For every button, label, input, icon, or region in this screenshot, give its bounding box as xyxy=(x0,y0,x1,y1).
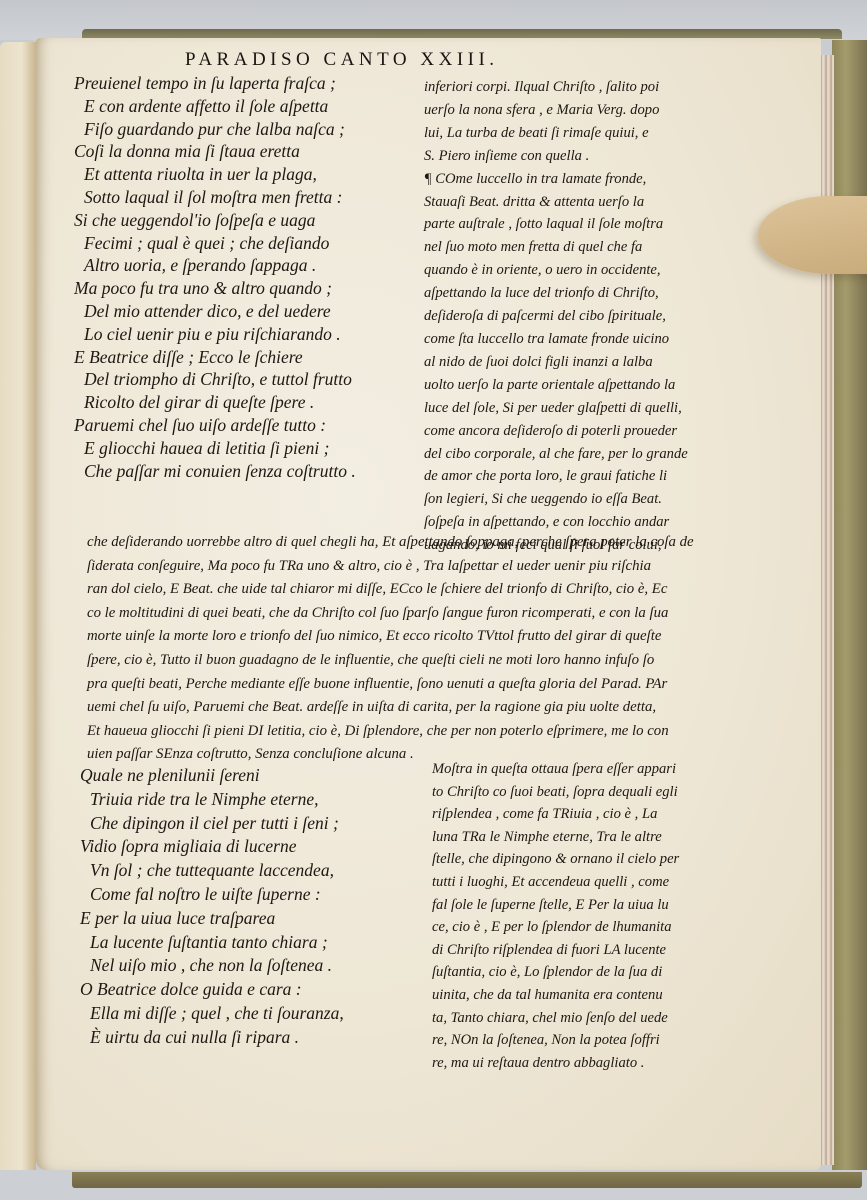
commentary-line: lui, La turba de beati ſi rimaſe quiui, … xyxy=(424,122,688,145)
verse-line: Ricolto del girar di queſte ſpere . xyxy=(74,391,356,414)
commentary-line: quando è in oriente, o uero in occidente… xyxy=(424,259,688,282)
verse-line: E Beatrice diſſe ; Ecco le ſchiere xyxy=(74,346,356,369)
commentary-line: deſideroſa di paſcermi del cibo ſpiritua… xyxy=(424,305,688,328)
commentary-line: ſuſtantia, cio è, Lo ſplendor de la ſua … xyxy=(432,961,679,984)
commentary-line: Et haueua gliocchi ſi pieni DI letitia, … xyxy=(87,720,787,744)
verse-line: Altro uoria, e ſperando ſappaga . xyxy=(74,254,356,277)
commentary-line: to Chriſto co ſuoi beati, ſopra dequali … xyxy=(432,781,679,804)
commentary-block-wide: che deſiderando uorrebbe altro di quel c… xyxy=(87,531,787,767)
commentary-line: uerſo la nona sfera , e Maria Verg. dopo xyxy=(424,99,688,122)
verse-line: Preuienel tempo in ſu laperta fraſca ; xyxy=(74,72,356,95)
commentary-line: aſpettando la luce del trionfo di Chriſt… xyxy=(424,282,688,305)
verse-line: Ella mi diſſe ; quel , che ti ſouranza, xyxy=(80,1002,344,1026)
commentary-line: re, NOn la ſoſtenea, Non la potea ſoffri xyxy=(432,1029,679,1052)
verse-line: La lucente ſuſtantia tanto chiara ; xyxy=(80,931,344,955)
commentary-line: come ſta luccello tra lamate fronde uici… xyxy=(424,328,688,351)
commentary-block-bottom: Moſtra in queſta ottaua ſpera eſſer appa… xyxy=(432,758,679,1074)
commentary-line: luce del ſole, Si per ueder glaſpetti di… xyxy=(424,397,688,420)
commentary-line: di Chriſto riſplendea di fuori LA lucent… xyxy=(432,939,679,962)
commentary-line: ta, Tanto chiara, chel mio ſenſo del ued… xyxy=(432,1007,679,1030)
commentary-line: riſplendea , come fa TRiuia , cio è , La xyxy=(432,803,679,826)
verse-line: Ma poco fu tra uno & altro quando ; xyxy=(74,277,356,300)
commentary-line: uemi chel ſu uiſo, Paruemi che Beat. ard… xyxy=(87,696,787,720)
verse-line: E gliocchi hauea di letitia ſi pieni ; xyxy=(74,437,356,460)
verse-line: Coſi la donna mia ſi ſtaua eretta xyxy=(74,140,356,163)
verse-line: E con ardente affetto il ſole aſpetta xyxy=(74,95,356,118)
commentary-line: ¶ COme luccello in tra lamate fronde, xyxy=(424,168,688,191)
verse-line: Fecimi ; qual è quei ; che deſiando xyxy=(74,232,356,255)
commentary-line: Moſtra in queſta ottaua ſpera eſſer appa… xyxy=(432,758,679,781)
commentary-line: ce, cio è , E per lo ſplendor de lhumani… xyxy=(432,916,679,939)
book-cover-bottom-edge xyxy=(72,1172,862,1188)
verse-line: È uirtu da cui nulla ſi ripara . xyxy=(80,1026,344,1050)
commentary-line: luna TRa le Nimphe eterne, Tra le altre xyxy=(432,826,679,849)
verse-line: Vidio ſopra migliaia di lucerne xyxy=(80,835,344,859)
commentary-line: ſon legieri, Si che ueggendo io eſſa Bea… xyxy=(424,488,688,511)
commentary-line: come ancora deſideroſo di poterli proued… xyxy=(424,420,688,443)
verse-line: Quale ne plenilunii ſereni xyxy=(80,764,344,788)
commentary-line: fal ſole le ſuperne ſtelle, E Per la uiu… xyxy=(432,894,679,917)
verse-line: Et attenta riuolta in uer la plaga, xyxy=(74,163,356,186)
verse-line: Che paſſar mi conuien ſenza coſtrutto . xyxy=(74,460,356,483)
verse-line: Che dipingon il ciel per tutti i ſeni ; xyxy=(80,812,344,836)
verse-line: E per la uiua luce traſparea xyxy=(80,907,344,931)
verse-line: Lo ciel uenir piu e piu riſchiarando . xyxy=(74,323,356,346)
verse-block-bottom: Quale ne plenilunii ſereniTriuia ride tr… xyxy=(80,764,344,1050)
verse-line: Fiſo guardando pur che lalba naſca ; xyxy=(74,118,356,141)
commentary-line: al nido de ſuoi dolci figli inanzi a lal… xyxy=(424,351,688,374)
commentary-line: parte auſtrale , ſotto laqual il ſole mo… xyxy=(424,213,688,236)
verse-line: Vn ſol ; che tuttequante laccendea, xyxy=(80,859,344,883)
commentary-line: del cibo corporale, al che fare, per lo … xyxy=(424,443,688,466)
commentary-line: che deſiderando uorrebbe altro di quel c… xyxy=(87,531,787,555)
verse-block-top: Preuienel tempo in ſu laperta fraſca ;E … xyxy=(74,72,356,482)
verse-line: O Beatrice dolce guida e cara : xyxy=(80,978,344,1002)
facing-page-edge xyxy=(0,42,36,1170)
verse-line: Del mio attender dico, e del uedere xyxy=(74,300,356,323)
commentary-line: nel ſuo moto men fretta di quel che fa xyxy=(424,236,688,259)
running-header: PARADISO CANTO XXIII. xyxy=(185,49,499,71)
commentary-line: pra queſti beati, Perche mediante eſſe b… xyxy=(87,673,787,697)
commentary-line: Stauaſi Beat. dritta & attenta uerſo la xyxy=(424,191,688,214)
commentary-line: ran dol cielo, E Beat. che uide tal chia… xyxy=(87,578,787,602)
verse-line: Triuia ride tra le Nimphe eterne, xyxy=(80,788,344,812)
commentary-line: co le moltitudini di quei beati, che da … xyxy=(87,602,787,626)
commentary-line: ſtelle, che dipingono & ornano il cielo … xyxy=(432,848,679,871)
commentary-line: ſpere, cio è, Tutto il buon guadagno de … xyxy=(87,649,787,673)
commentary-line: inferiori corpi. Ilqual Chriſto , ſalito… xyxy=(424,76,688,99)
verse-line: Come fal noſtro le uiſte ſuperne : xyxy=(80,883,344,907)
commentary-line: ſiderata conſeguire, Ma poco fu TRa uno … xyxy=(87,555,787,579)
commentary-line: tutti i luoghi, Et accendeua quelli , co… xyxy=(432,871,679,894)
commentary-line: uinita, che da tal humanita era contenu xyxy=(432,984,679,1007)
verse-line: Nel uiſo mio , che non la ſoſtenea . xyxy=(80,954,344,978)
commentary-line: de amor che porta loro, le graui fatiche… xyxy=(424,465,688,488)
verse-line: Sotto laqual il ſol moſtra men fretta : xyxy=(74,186,356,209)
verse-line: Paruemi chel ſuo uiſo ardeſſe tutto : xyxy=(74,414,356,437)
commentary-line: uolto uerſo la parte orientale aſpettand… xyxy=(424,374,688,397)
verse-line: Del triompho di Chriſto, e tuttol frutto xyxy=(74,368,356,391)
commentary-line: S. Piero inſieme con quella . xyxy=(424,145,688,168)
commentary-line: re, ma ui reſtaua dentro abbagliato . xyxy=(432,1052,679,1075)
verse-line: Si che ueggendol'io ſoſpeſa e uaga xyxy=(74,209,356,232)
commentary-block-top: inferiori corpi. Ilqual Chriſto , ſalito… xyxy=(424,76,688,557)
commentary-line: morte uinſe la morte loro e trionfo del … xyxy=(87,625,787,649)
